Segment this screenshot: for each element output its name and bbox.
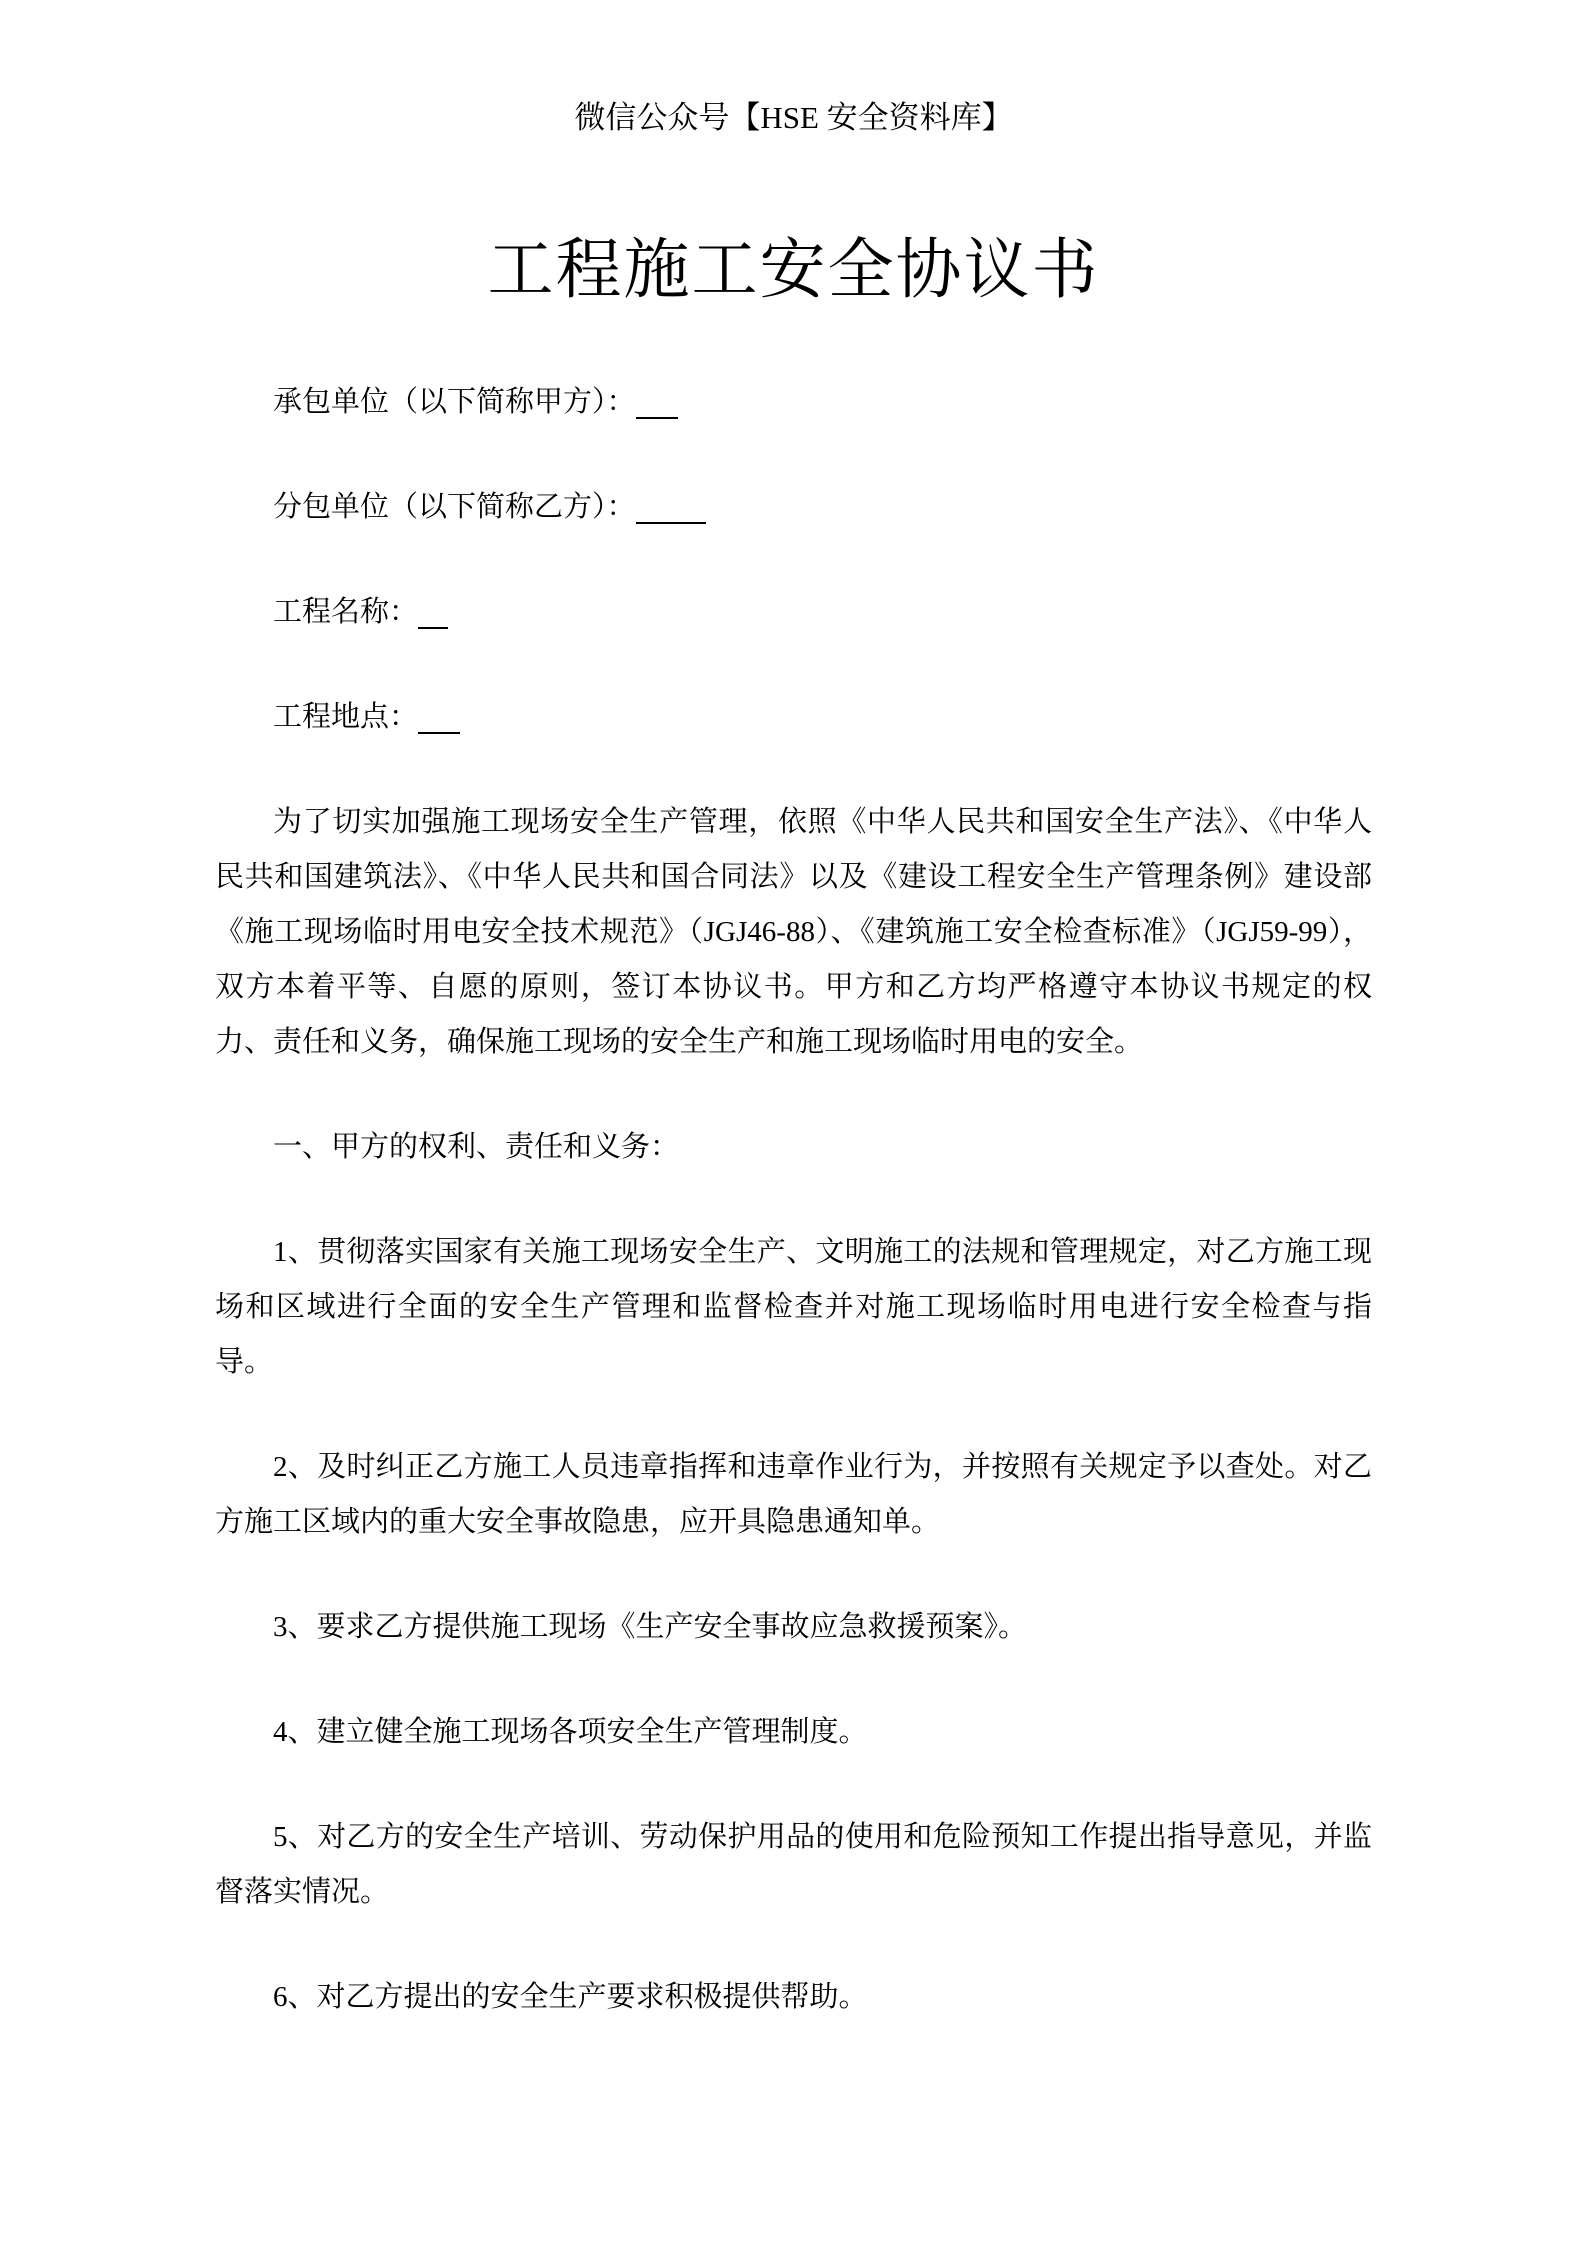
document-title: 工程施工安全协议书 <box>215 221 1372 321</box>
field-subcontractor: 分包单位（以下简称乙方）： <box>215 480 1372 535</box>
field-project-location: 工程地点： <box>215 690 1372 745</box>
field-subcontractor-blank-line[interactable] <box>636 512 706 524</box>
section1-item-3: 3、要求乙方提供施工现场《生产安全事故应急救援预案》。 <box>215 1600 1372 1655</box>
section1-item-4: 4、建立健全施工现场各项安全生产管理制度。 <box>215 1705 1372 1760</box>
field-contractor: 承包单位（以下简称甲方）： <box>215 375 1372 430</box>
document-page: 微信公众号【HSE 安全资料库】 工程施工安全协议书 承包单位（以下简称甲方）：… <box>0 0 1587 2245</box>
field-contractor-blank-line[interactable] <box>636 407 678 419</box>
field-project-name-blank-line[interactable] <box>418 617 448 629</box>
section1-heading: 一、甲方的权利、责任和义务： <box>215 1120 1372 1175</box>
field-project-location-label: 工程地点： <box>273 701 418 733</box>
field-subcontractor-label: 分包单位（以下简称乙方）： <box>273 491 636 523</box>
field-project-location-blank-line[interactable] <box>418 722 460 734</box>
section1-item-5: 5、对乙方的安全生产培训、劳动保护用品的使用和危险预知工作提出指导意见，并监督落… <box>215 1810 1372 1920</box>
field-contractor-label: 承包单位（以下简称甲方）： <box>273 386 636 418</box>
watermark-text: 微信公众号【HSE 安全资料库】 <box>215 95 1372 141</box>
section1-item-2: 2、及时纠正乙方施工人员违章指挥和违章作业行为，并按照有关规定予以查处。对乙方施… <box>215 1440 1372 1550</box>
field-project-name: 工程名称： <box>215 585 1372 640</box>
section1-item-1: 1、贯彻落实国家有关施工现场安全生产、文明施工的法规和管理规定，对乙方施工现场和… <box>215 1225 1372 1390</box>
field-project-name-label: 工程名称： <box>273 596 418 628</box>
preamble-paragraph: 为了切实加强施工现场安全生产管理，依照《中华人民共和国安全生产法》、《中华人民共… <box>215 795 1372 1070</box>
section1-item-6: 6、对乙方提出的安全生产要求积极提供帮助。 <box>215 1970 1372 2025</box>
